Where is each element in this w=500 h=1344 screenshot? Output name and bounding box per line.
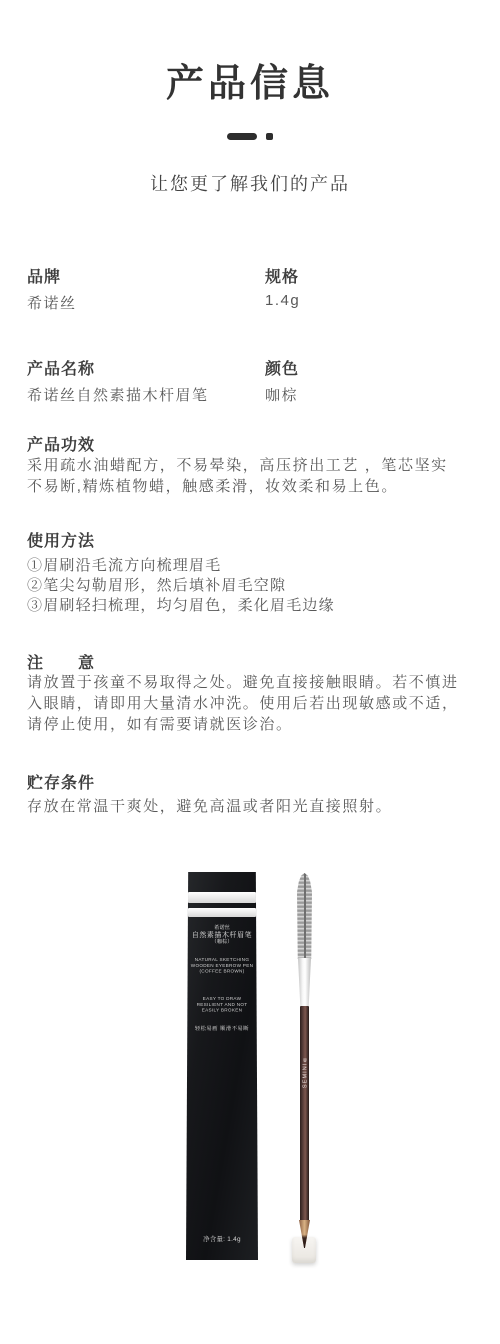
notice-line: 入眼睛，请即用大量清水冲洗。使用后若出现敏感或不适， bbox=[27, 693, 459, 714]
section-storage-body: 存放在常温干爽处，避免高温或者阳光直接照射。 bbox=[27, 796, 392, 817]
box-label-english: NATURAL SKETCHING WOODEN EYEBROW PEN (CO… bbox=[191, 957, 253, 974]
box-slogan-chinese: 轻松易画 顺滑不易断 bbox=[195, 1024, 249, 1032]
product-name-value: 希诺丝自然素描木杆眉笔 bbox=[27, 384, 209, 405]
product-box: 希诺丝 自然素描木杆眉笔 （咖棕） NATURAL SKETCHING WOOD… bbox=[186, 872, 258, 1260]
usage-step: ②笔尖勾勒眉形，然后填补眉毛空隙 bbox=[27, 576, 335, 596]
box-stripe bbox=[188, 892, 256, 903]
section-usage-heading: 使用方法 bbox=[27, 528, 95, 551]
title-divider bbox=[0, 132, 500, 140]
section-storage-heading: 贮存条件 bbox=[27, 770, 95, 793]
box-net-content: 净含量: 1.4g bbox=[203, 1234, 241, 1243]
pencil-barrel: SEMINI® bbox=[300, 1006, 309, 1221]
section-efficacy-heading: 产品功效 bbox=[27, 432, 95, 455]
product-info-page: 产品信息 让您更了解我们的产品 品牌 希诺丝 规格 1.4g 产品名称 希诺丝自… bbox=[0, 0, 500, 1344]
notice-line: 请停止使用，如有需要请就医诊治。 bbox=[27, 714, 459, 735]
box-label-chinese: 希诺丝 自然素描木杆眉笔 （咖棕） bbox=[192, 924, 252, 945]
color-value: 咖棕 bbox=[265, 384, 298, 405]
spec-size-value: 1.4g bbox=[265, 292, 300, 309]
pencil-brand-text: SEMINI® bbox=[301, 1055, 307, 1088]
divider-dot bbox=[266, 133, 273, 140]
spec-size-label: 规格 bbox=[265, 264, 299, 287]
section-efficacy-body: 采用疏水油蜡配方，不易晕染，高压挤出工艺 ，笔芯坚实 不易断,精炼植物蜡，触感柔… bbox=[27, 455, 448, 497]
page-subtitle: 让您更了解我们的产品 bbox=[0, 170, 500, 196]
color-label: 颜色 bbox=[265, 356, 299, 379]
spoolie-brush bbox=[297, 873, 312, 959]
storage-line: 存放在常温干爽处，避免高温或者阳光直接照射。 bbox=[27, 796, 392, 817]
section-notice-heading: 注 意 bbox=[27, 650, 95, 673]
pencil-ferrule bbox=[298, 958, 311, 1007]
section-usage-steps: ①眉刷沿毛流方向梳理眉毛 ②笔尖勾勒眉形，然后填补眉毛空隙 ③眉刷轻扫梳理，均匀… bbox=[27, 556, 335, 616]
divider-dash bbox=[227, 133, 257, 140]
product-name-label: 产品名称 bbox=[27, 356, 95, 379]
usage-step: ①眉刷沿毛流方向梳理眉毛 bbox=[27, 556, 335, 576]
page-title: 产品信息 bbox=[0, 52, 500, 107]
efficacy-line: 不易断,精炼植物蜡，触感柔滑，妆效柔和易上色。 bbox=[27, 476, 448, 497]
brand-label: 品牌 bbox=[27, 264, 61, 287]
efficacy-line: 采用疏水油蜡配方，不易晕染，高压挤出工艺 ，笔芯坚实 bbox=[27, 455, 448, 476]
box-slogan-english: EASY TO DRAW RESILIENT AND NOT EASILY BR… bbox=[197, 996, 248, 1013]
notice-line: 请放置于孩童不易取得之处。避免直接接触眼睛。若不慎进 bbox=[27, 672, 459, 693]
brand-value: 希诺丝 bbox=[27, 292, 77, 313]
section-notice-body: 请放置于孩童不易取得之处。避免直接接触眼睛。若不慎进 入眼睛，请即用大量清水冲洗… bbox=[27, 672, 459, 735]
usage-step: ③眉刷轻扫梳理，均匀眉色，柔化眉毛边缘 bbox=[27, 596, 335, 616]
box-stripe bbox=[188, 908, 256, 917]
